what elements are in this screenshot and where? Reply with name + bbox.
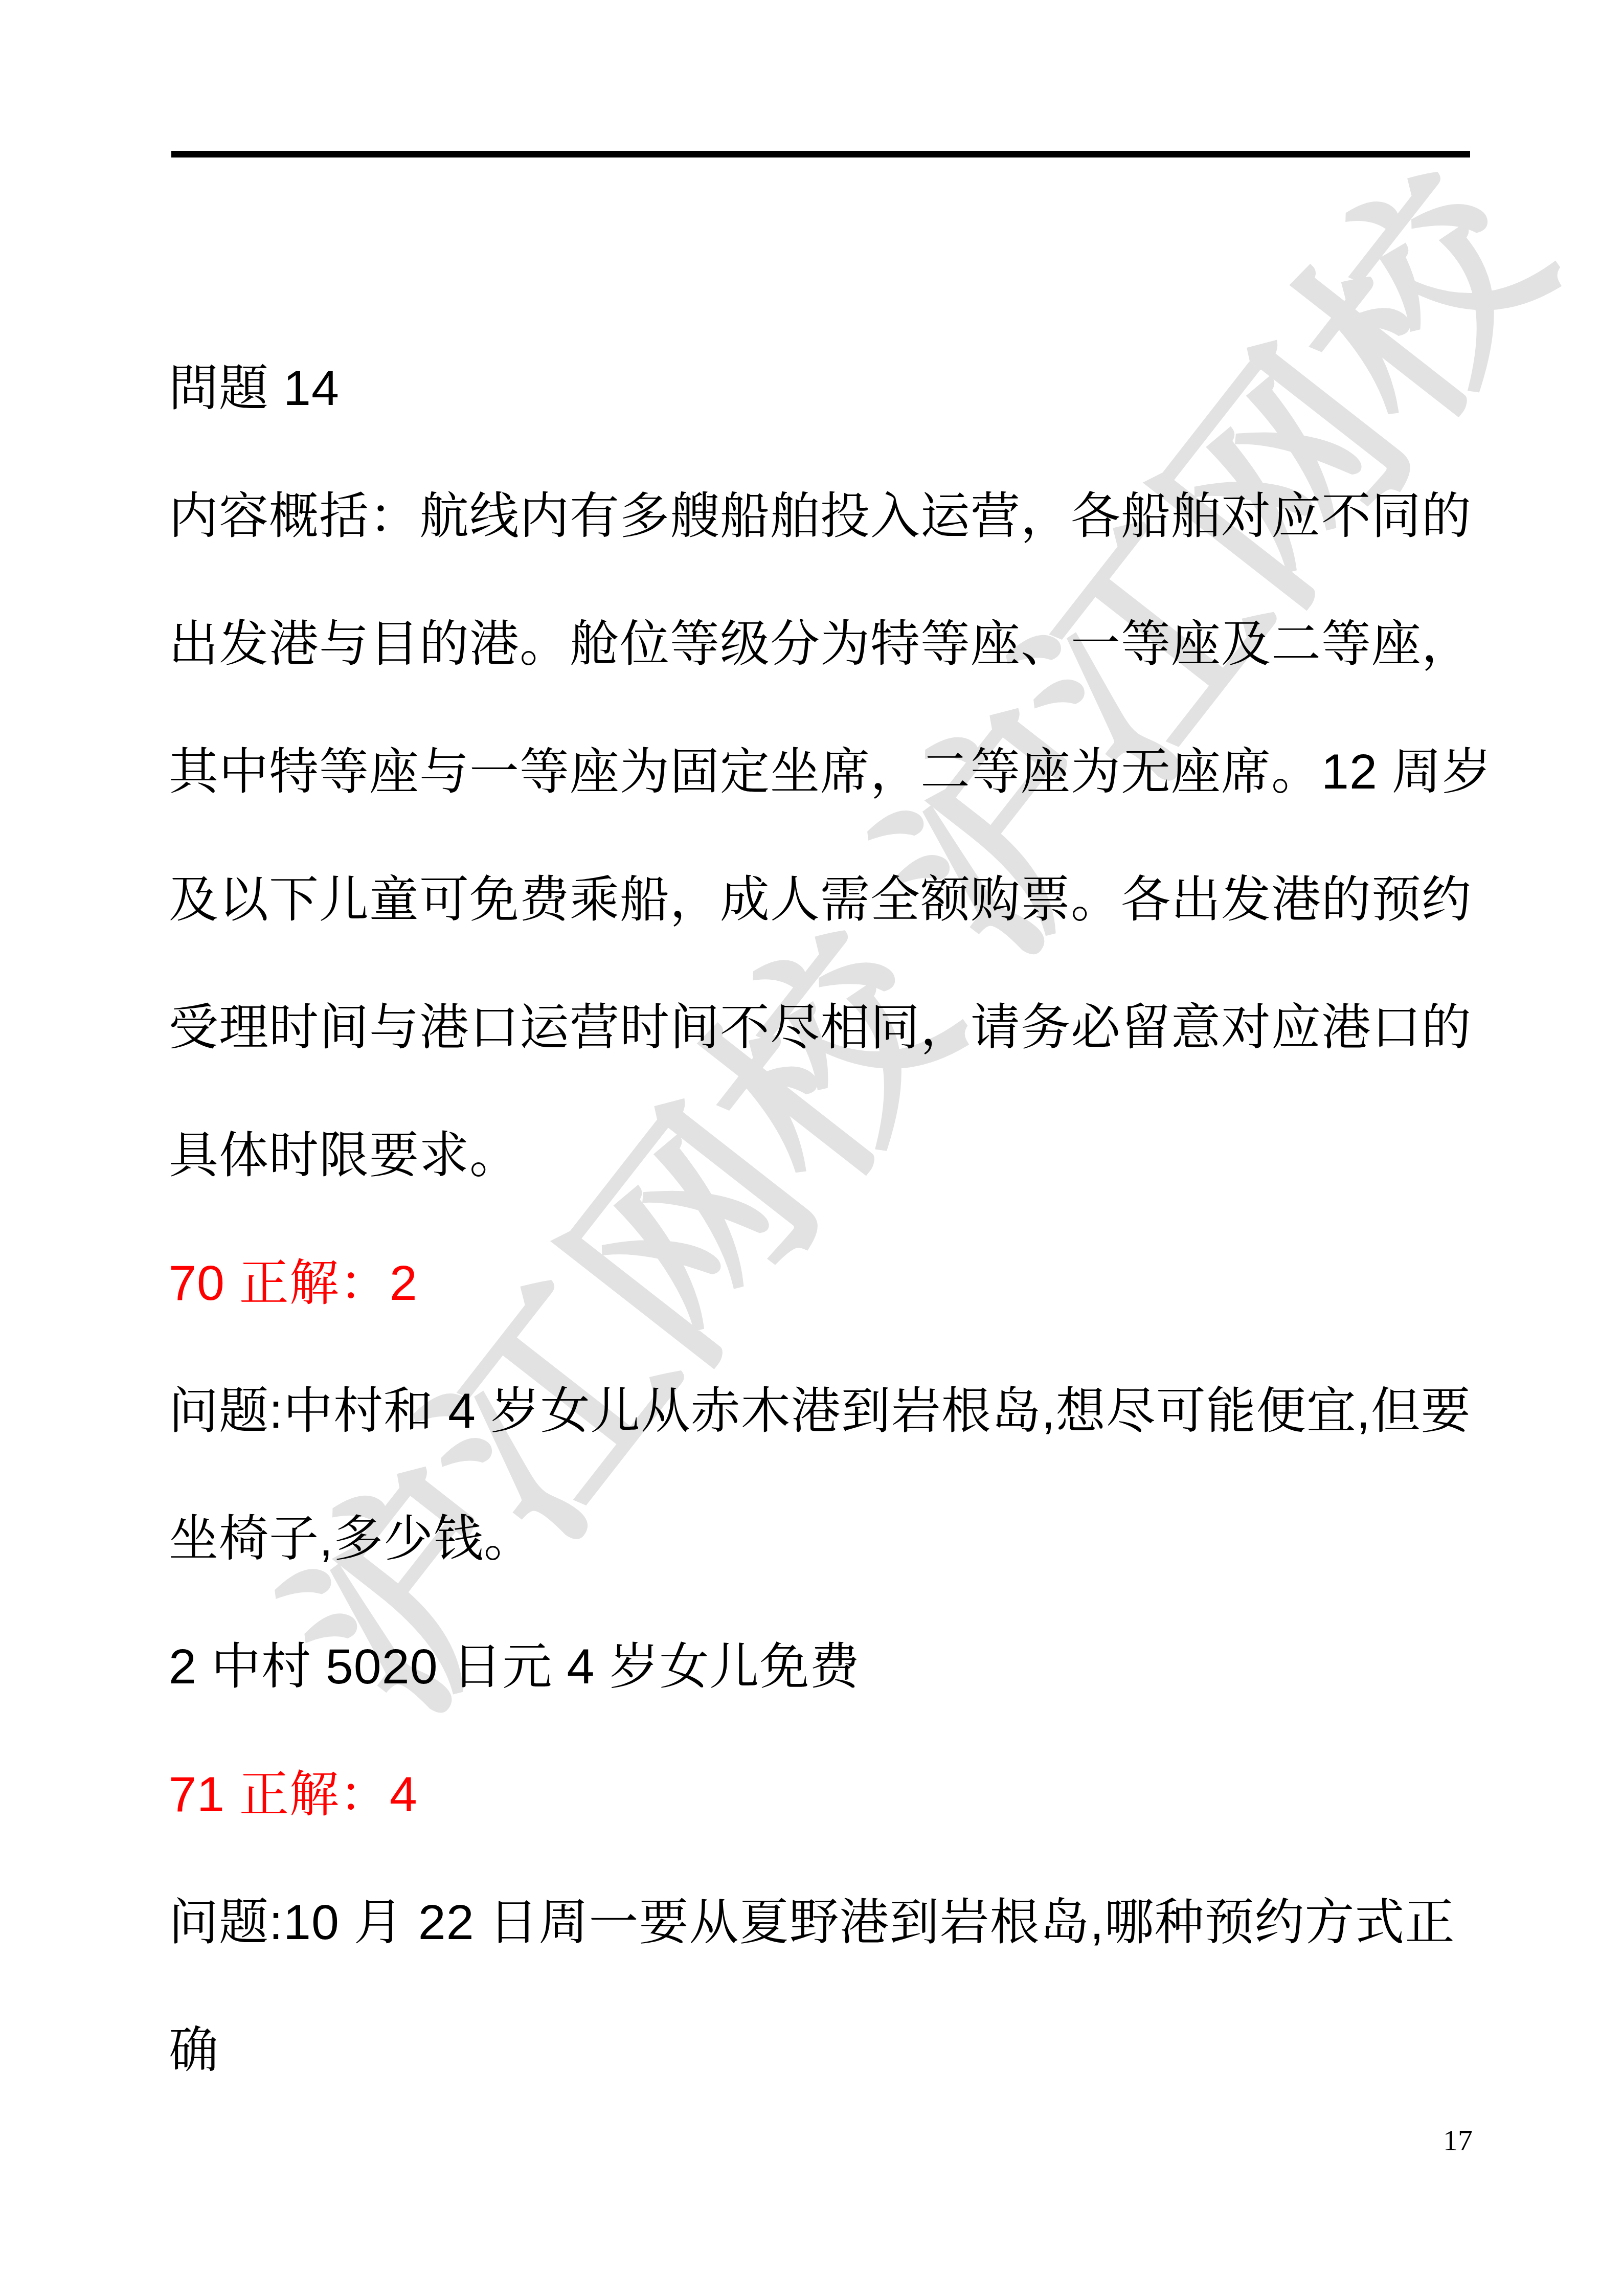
question-title: 問題 14 [169, 324, 1462, 452]
answer-label-71: 71 正解：4 [169, 1730, 1462, 1858]
answer-label-70: 70 正解：2 [169, 1219, 1462, 1347]
summary-line: 具体时限要求。 [169, 1091, 1462, 1219]
summary-line: 内容概括：航线内有多艘船舶投入运营，各船舶对应不同的 [169, 452, 1462, 580]
summary-line: 及以下儿童可免费乘船，成人需全额购票。各出发港的预约 [169, 836, 1462, 963]
question-line: 问题:中村和 4 岁女儿从赤木港到岩根岛,想尽可能便宜,但要 [169, 1347, 1462, 1475]
question-line: 问题:10 月 22 日周一要从夏野港到岩根岛,哪种预约方式正 [169, 1858, 1462, 1986]
question-line: 确 [169, 1986, 1462, 2114]
document-page: 沪江网校 沪江网校 問題 14 内容概括：航线内有多艘船舶投入运营，各船舶对应不… [0, 0, 1623, 2296]
summary-line: 受理时间与港口运营时间不尽相同，请务必留意对应港口的 [169, 963, 1462, 1091]
option-line: 2 中村 5020 日元 4 岁女儿免费 [169, 1603, 1462, 1730]
summary-line: 其中特等座与一等座为固定坐席，二等座为无座席。12 周岁 [169, 708, 1462, 836]
page-number: 17 [1443, 2122, 1473, 2159]
document-body: 問題 14 内容概括：航线内有多艘船舶投入运营，各船舶对应不同的 出发港与目的港… [169, 324, 1462, 2114]
question-line: 坐椅子,多少钱。 [169, 1475, 1462, 1603]
header-rule [171, 151, 1470, 157]
summary-line: 出发港与目的港。舱位等级分为特等座、一等座及二等座， [169, 580, 1462, 708]
